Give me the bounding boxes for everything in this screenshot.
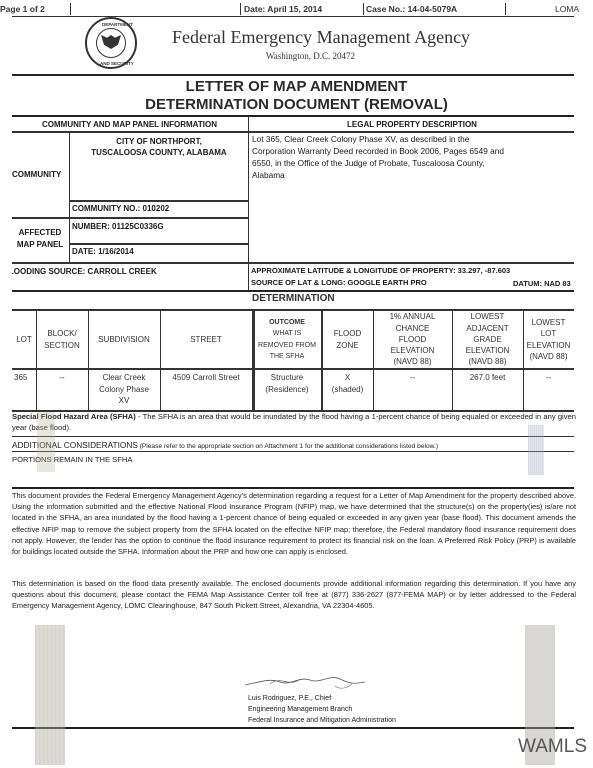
scan-artifact (37, 412, 55, 472)
document-subtitle: DETERMINATION DOCUMENT (REMOVAL) (0, 96, 593, 113)
document-title: LETTER OF MAP AMENDMENT (0, 78, 593, 95)
community-label: COMMUNITY (12, 170, 61, 179)
table-cell: Structure(Residence) (252, 372, 322, 395)
document-type: LOMA (555, 4, 579, 14)
divider (12, 487, 574, 489)
watermark-logo: WAMLS (518, 736, 587, 758)
divider (12, 16, 574, 17)
divider (12, 290, 574, 292)
legal-description-line: Lot 365, Clear Creek Colony Phase XV, as… (252, 133, 572, 145)
legal-section-heading: LEGAL PROPERTY DESCRIPTION (250, 120, 574, 129)
signer-branch: Engineering Management Branch (248, 704, 396, 715)
panel-date: DATE: 1/16/2014 (72, 247, 134, 256)
divider (70, 3, 71, 15)
divider (240, 3, 241, 15)
table-cell: X(shaded) (322, 372, 373, 395)
flooding-source: FLOODING SOURCE: CARROLL CREEK (12, 267, 242, 276)
signer-name: Luis Rodriguez, P.E., Chief (248, 693, 396, 704)
table-cell: -- (36, 372, 88, 384)
legal-description-line: 6550, in the Office of the Judge of Prob… (252, 157, 572, 169)
table-cell: -- (523, 372, 574, 384)
table-cell: 267.0 feet (452, 372, 523, 384)
datum: DATUM: NAD 83 (513, 279, 571, 288)
column-header: STREET (160, 334, 252, 346)
affected-label-line1: AFFECTED (12, 227, 68, 239)
divider (12, 451, 574, 452)
affected-label-line2: MAP PANEL (12, 239, 68, 251)
column-header: LOWESTLOTELEVATION(NAVD 88) (523, 317, 574, 363)
case-number: Case No.: 14-04-5079A (366, 4, 457, 14)
column-header: BLOCK/SECTION (36, 328, 88, 351)
sfha-note: Special Flood Hazard Area (SFHA) - The S… (12, 411, 576, 433)
legal-description-line: Alabama (252, 169, 572, 181)
divider (12, 436, 574, 437)
divider (69, 200, 248, 202)
community-number: COMMUNITY NO.: 010202 (72, 204, 169, 213)
divider (12, 74, 574, 76)
sfha-term: Special Flood Hazard Area (SFHA) (12, 412, 136, 421)
community-name-line2: TUSCALOOSA COUNTY, ALABAMA (70, 147, 248, 158)
additional-item: PORTIONS REMAIN IN THE SFHA (12, 455, 132, 464)
table-cell: Clear CreekColony PhaseXV (88, 372, 160, 407)
legal-description: Lot 365, Clear Creek Colony Phase XV, as… (252, 133, 572, 181)
lat-long-source: SOURCE OF LAT & LONG: GOOGLE EARTH PRO (251, 278, 427, 287)
legal-description-line: Corporation Warranty Deed recorded in Bo… (252, 145, 572, 157)
additional-heading: ADDITIONAL CONSIDERATIONS (12, 440, 138, 450)
letter-date: Date: April 15, 2014 (244, 4, 322, 14)
agency-name: Federal Emergency Management Agency (172, 27, 470, 48)
body-paragraph-1: This document provides the Federal Emerg… (12, 490, 576, 557)
divider (36, 309, 37, 410)
additional-note: (Please refer to the appropriate section… (138, 443, 438, 450)
page-number: Page 1 of 2 (0, 4, 45, 14)
column-header: LOWESTADJACENTGRADEELEVATION(NAVD 88) (452, 311, 523, 367)
column-header: LOT (12, 334, 36, 346)
additional-considerations: ADDITIONAL CONSIDERATIONS (Please refer … (12, 440, 438, 450)
divider (505, 3, 506, 15)
divider (160, 309, 161, 410)
community-section-heading: COMMUNITY AND MAP PANEL INFORMATION (12, 120, 247, 129)
scan-artifact (35, 625, 65, 765)
column-header: OUTCOMEWHAT ISREMOVED FROMTHE SFHA (252, 317, 322, 363)
signature-block: Luis Rodriguez, P.E., Chief Engineering … (248, 693, 396, 726)
divider (248, 115, 249, 290)
divider (12, 727, 574, 729)
panel-number: NUMBER: 01125C0336G (72, 222, 164, 231)
table-cell: 365 (14, 372, 38, 384)
body-paragraph-2: This determination is based on the flood… (12, 578, 576, 612)
table-cell: 4509 Carroll Street (160, 372, 252, 384)
divider (12, 115, 574, 117)
agency-address: Washington, D.C. 20472 (266, 51, 355, 61)
divider (12, 262, 574, 264)
divider (12, 368, 574, 370)
column-header: 1% ANNUALCHANCEFLOODELEVATION(NAVD 88) (373, 311, 452, 367)
scan-artifact (528, 425, 544, 475)
column-header: SUBDIVISION (88, 334, 160, 346)
table-cell: -- (373, 372, 452, 384)
determination-heading: DETERMINATION (252, 293, 335, 304)
signer-administration: Federal Insurance and Mitigation Adminis… (248, 715, 396, 726)
divider (69, 243, 248, 245)
signature-icon (240, 670, 370, 692)
dhs-seal-icon: DEPARTMENT AND SECURITY (85, 17, 137, 69)
community-name-line1: CITY OF NORTHPORT, (70, 136, 248, 147)
column-header: FLOODZONE (322, 328, 373, 351)
divider (12, 217, 248, 219)
lat-long: APPROXIMATE LATITUDE & LONGITUDE OF PROP… (251, 266, 510, 275)
divider (363, 3, 364, 15)
